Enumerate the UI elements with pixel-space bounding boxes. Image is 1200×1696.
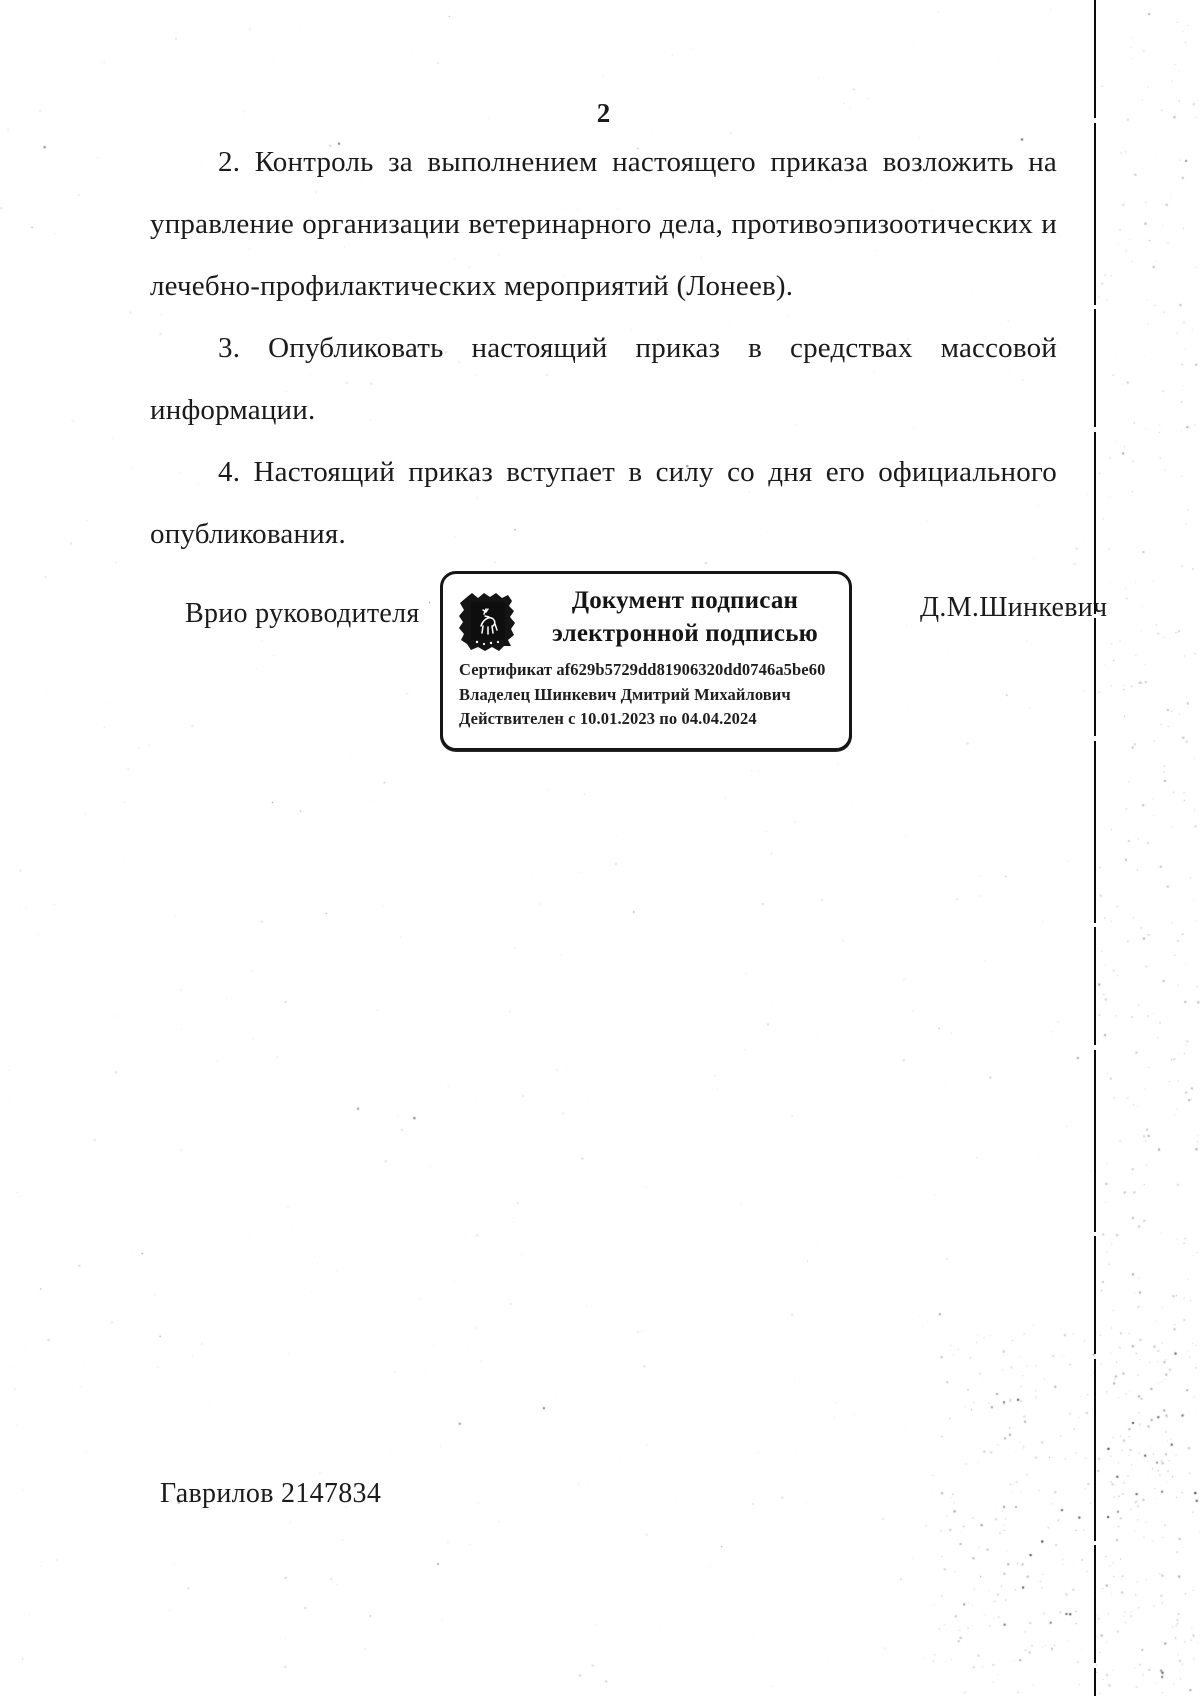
- regional-coat-of-arms-icon: [457, 590, 519, 654]
- paragraph-2-line-3: лечебно-профилактических мероприятий (Ло…: [150, 255, 1057, 317]
- paragraph-4-line-1: 4. Настоящий приказ вступает в силу со д…: [150, 441, 1057, 503]
- paragraph-3-line-2: информации.: [150, 379, 1057, 441]
- stamp-validity: Действителен с 10.01.2023 по 04.04.2024: [459, 707, 841, 732]
- signer-position-label: Врио руководителя: [185, 598, 420, 630]
- page-content: 2 2. Контроль за выполнением настоящего …: [0, 0, 1200, 1696]
- order-body-text: 2. Контроль за выполнением настоящего пр…: [150, 131, 1057, 565]
- stamp-title-line-1: Документ подписан: [527, 584, 843, 617]
- stamp-owner: Владелец Шинкевич Дмитрий Михайлович: [459, 683, 841, 708]
- page-number: 2: [150, 98, 1057, 129]
- signer-name: Д.М.Шинкевич: [920, 592, 1107, 624]
- paragraph-2-line-2: управление организации ветеринарного дел…: [150, 193, 1057, 255]
- stamp-title-line-2: электронной подписью: [527, 617, 843, 650]
- paragraph-4-line-2: опубликования.: [150, 503, 1057, 565]
- scanned-order-page: 2 2. Контроль за выполнением настоящего …: [0, 0, 1200, 1696]
- executor-reference: Гаврилов 2147834: [160, 1478, 381, 1510]
- paragraph-2-line-1: 2. Контроль за выполнением настоящего пр…: [150, 131, 1057, 193]
- stamp-details: Сертификат af629b5729dd81906320dd0746a5b…: [459, 658, 841, 732]
- stamp-title: Документ подписан электронной подписью: [527, 584, 843, 650]
- scan-artifact-vertical-line: [1094, 0, 1096, 1696]
- paragraph-3-line-1: 3. Опубликовать настоящий приказ в средс…: [150, 317, 1057, 379]
- stamp-certificate: Сертификат af629b5729dd81906320dd0746a5b…: [459, 658, 841, 683]
- digital-signature-stamp: Документ подписан электронной подписью С…: [440, 571, 852, 751]
